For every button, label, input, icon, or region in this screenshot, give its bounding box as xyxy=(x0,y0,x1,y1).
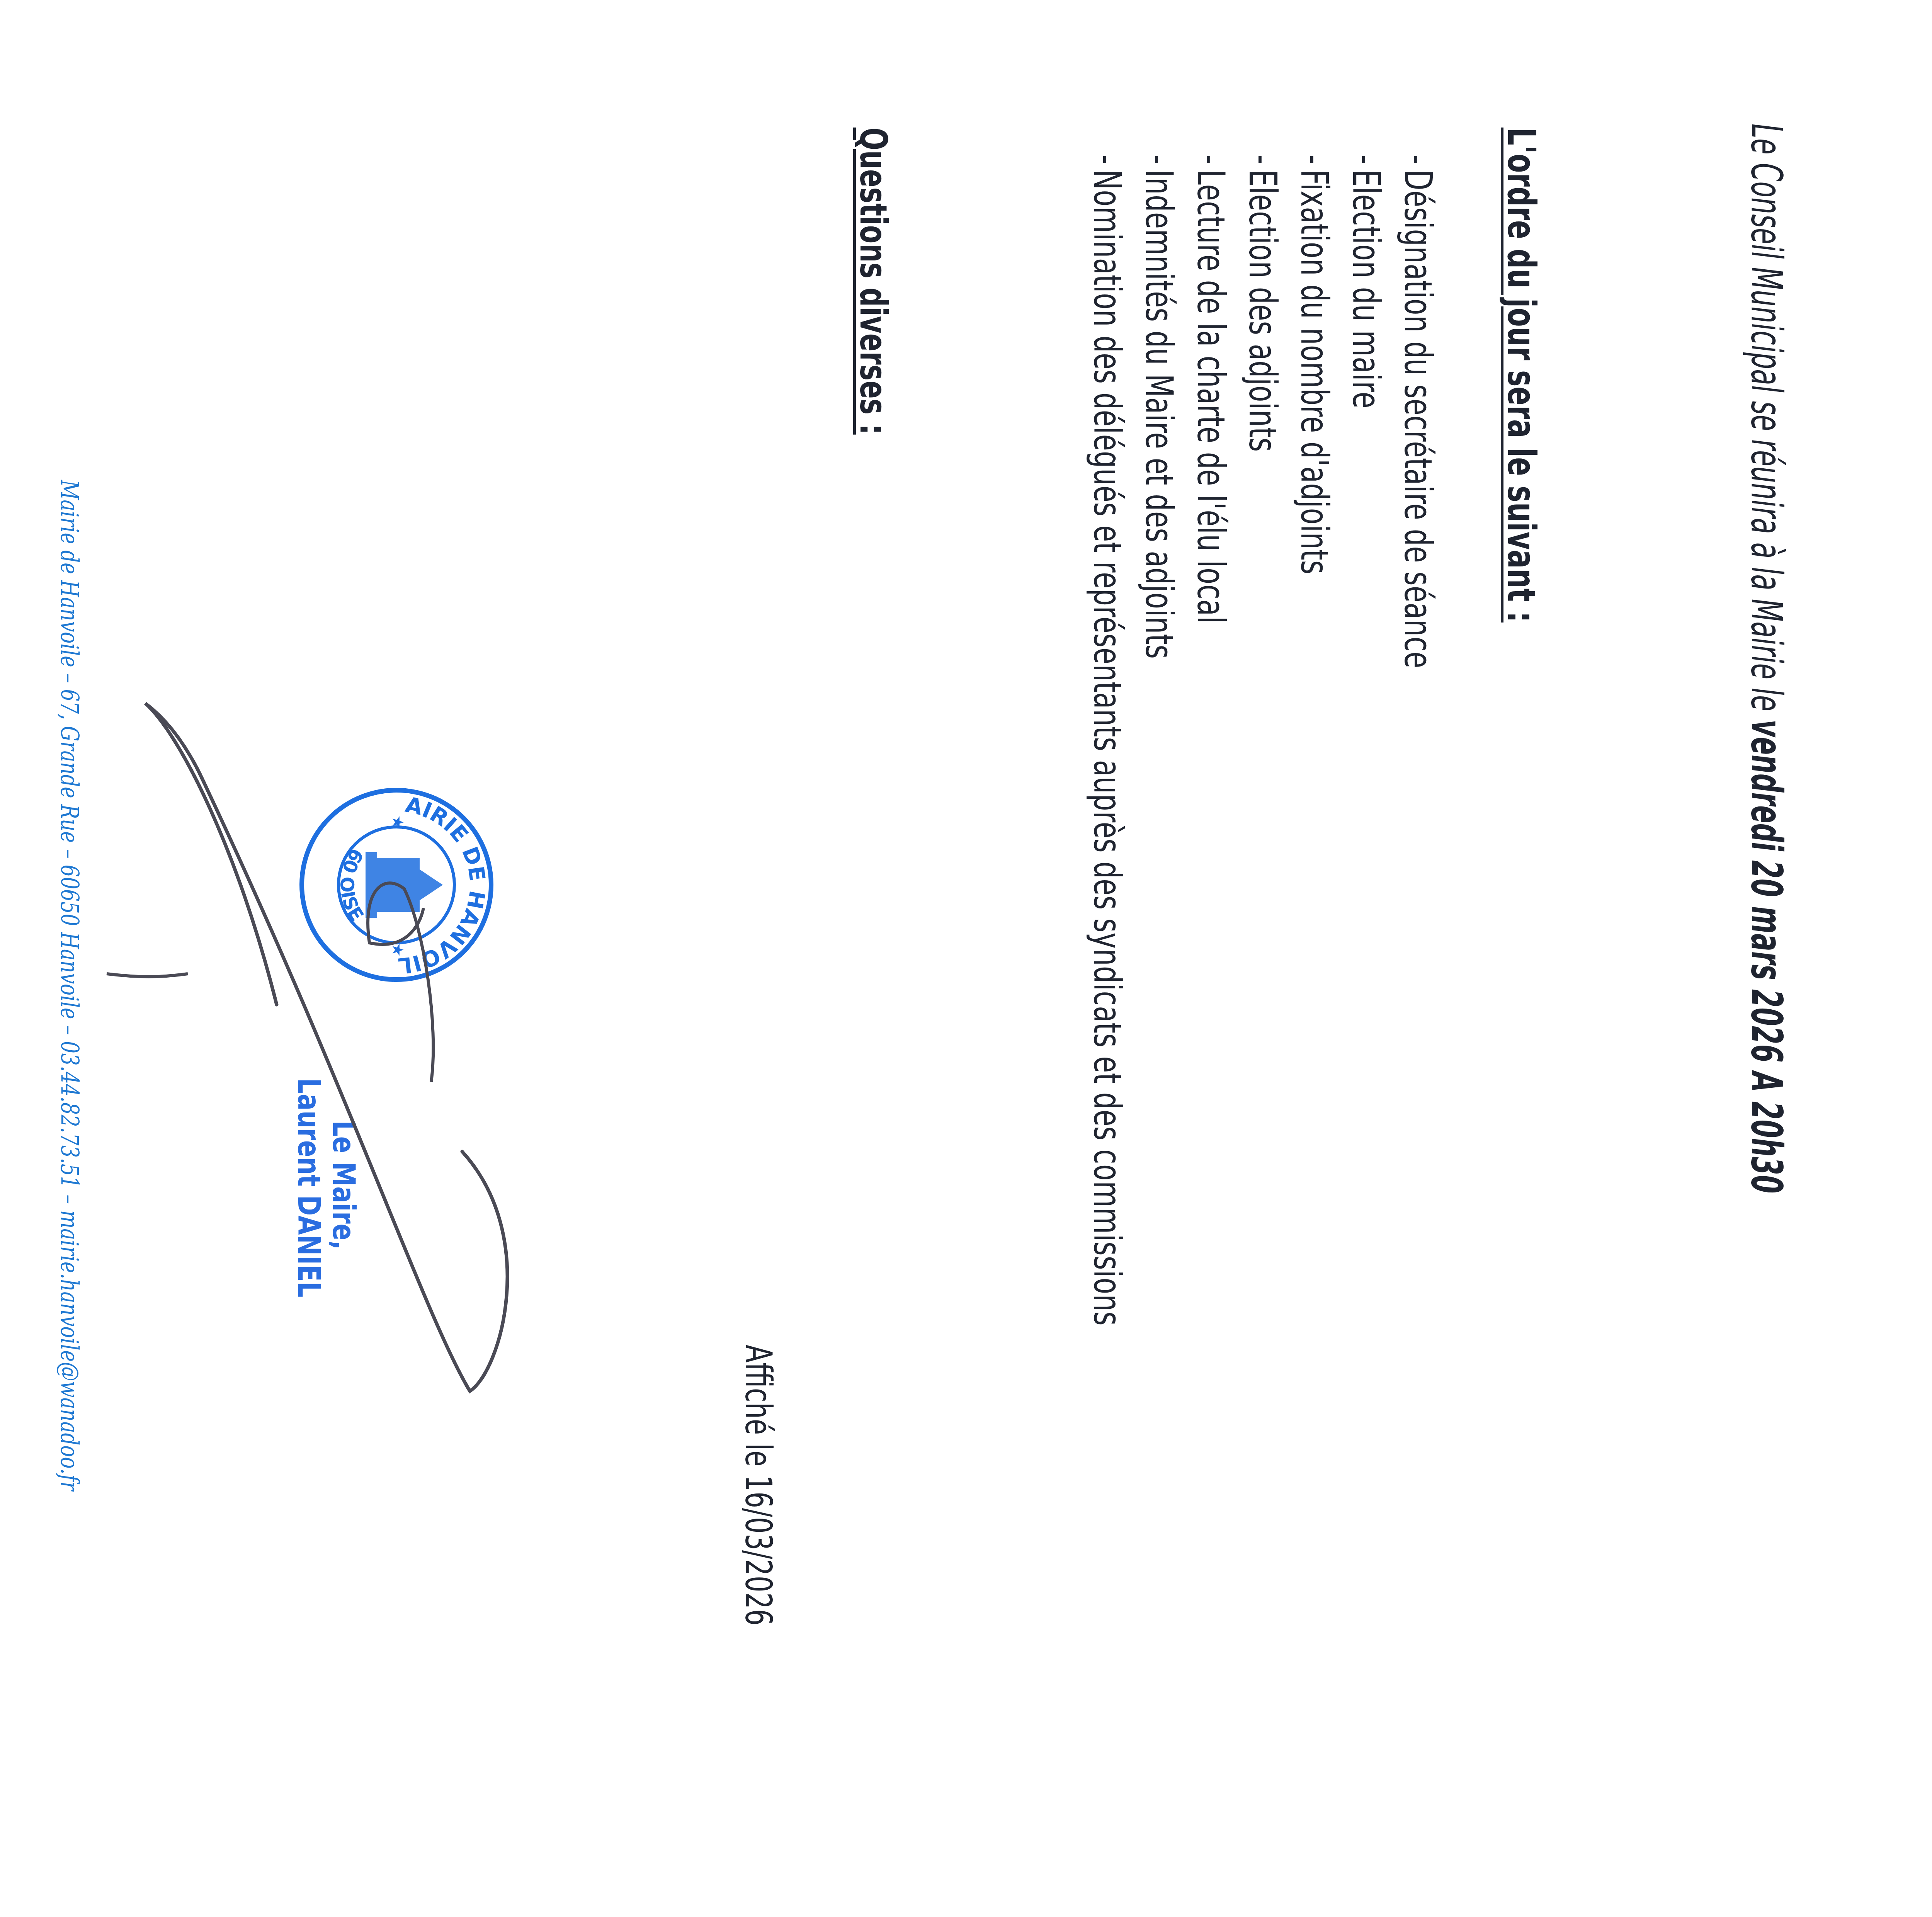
document-page: HanVoile Département de l'Oise Arrondiss… xyxy=(0,0,1932,1917)
agenda-heading: L'ordre du jour sera le suivant : xyxy=(1499,128,1544,623)
handwritten-signature xyxy=(6,657,586,1430)
footer-contact: Mairie de Hanvoile – 67, Grande Rue – 60… xyxy=(55,413,83,1558)
agenda-item: -Election des adjoints xyxy=(1236,155,1288,1326)
posted-date: Affiché le 16/03/2026 xyxy=(737,1345,779,1626)
questions-diverses-heading: Questions diverses : xyxy=(852,128,895,435)
convocation-prefix: Le Conseil Municipal se réunira à la Mai… xyxy=(1742,124,1791,720)
convocation-sentence: Le Conseil Municipal se réunira à la Mai… xyxy=(1742,124,1791,1226)
convocation-date: vendredi 20 mars 2026 A 20h30 xyxy=(1742,720,1791,1193)
agenda-item: -Indemnités du Maire et des adjoints xyxy=(1133,155,1185,1326)
agenda-item: -Nomination des délégués et représentant… xyxy=(1081,155,1133,1326)
agenda-list: -Désignation du secrétaire de séance -El… xyxy=(1081,155,1444,1781)
agenda-item: -Election du maire xyxy=(1340,155,1392,1326)
agenda-item: -Désignation du secrétaire de séance xyxy=(1392,155,1444,1326)
agenda-item: -Lecture de la charte de l'élu local xyxy=(1185,155,1236,1326)
agenda-item: -Fixation du nombre d'adjoints xyxy=(1288,155,1340,1326)
